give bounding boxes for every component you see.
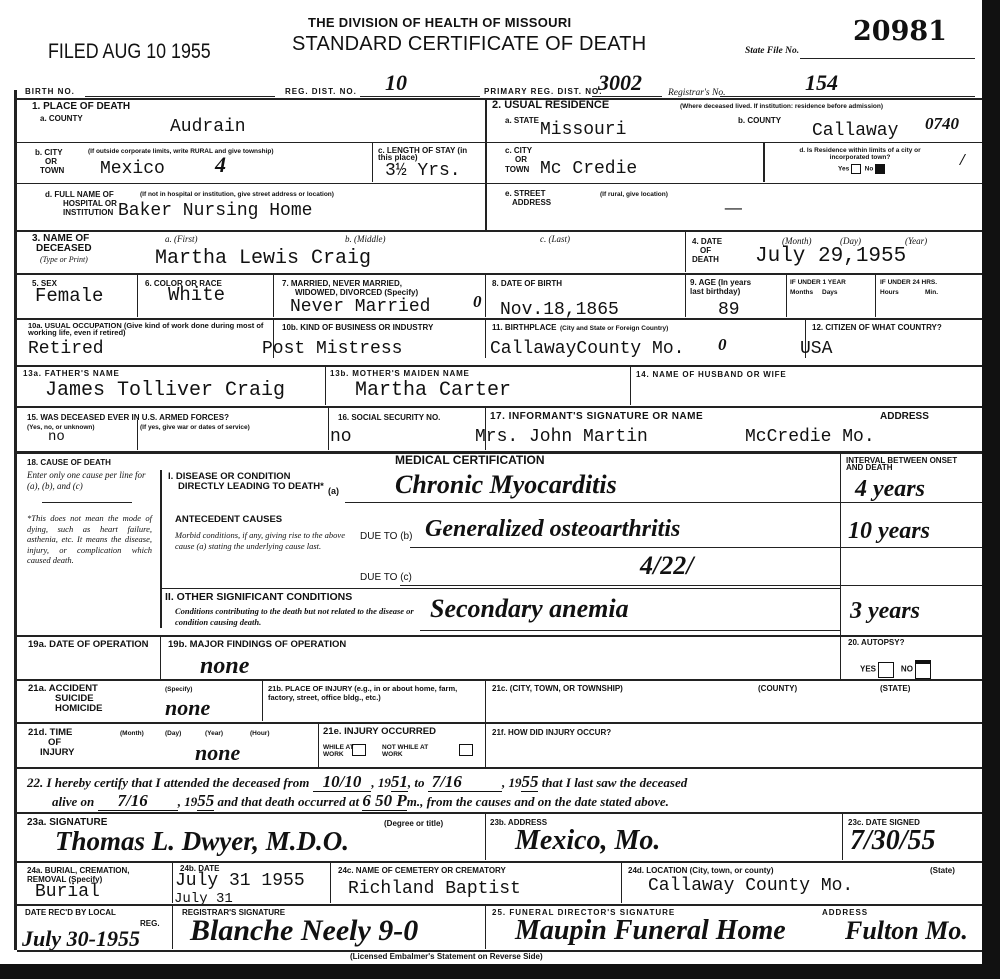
part2-note: Conditions contributing to the death but… (175, 606, 425, 627)
injury-type-homicide: HOMICIDE (55, 704, 103, 714)
business-label: 10b. KIND OF BUSINESS OR INDUSTRY (282, 323, 482, 332)
cause-b: Generalized osteoarthritis (425, 518, 680, 540)
injury-hour-label: (Hour) (250, 730, 270, 737)
year-label: (Year) (905, 236, 927, 247)
injury-day-label: (Day) (165, 730, 181, 737)
state-file-number: 20981 (853, 16, 947, 47)
reg-dist-number: 10 (385, 72, 407, 94)
operation-findings: none (200, 655, 249, 677)
occupation: Retired (28, 340, 104, 358)
burial-state-label: (State) (930, 866, 955, 875)
residence-state-label: a. STATE (505, 116, 539, 125)
scan-edge-bottom (0, 964, 1000, 979)
physician-signature: Thomas L. Dwyer, M.D.O. (55, 830, 349, 852)
not-at-work-checkbox[interactable] (459, 744, 473, 756)
residence-city-label-town: TOWN (505, 165, 529, 174)
informant-name: Mrs. John Martin (475, 428, 648, 446)
at-work-checkbox[interactable] (352, 744, 366, 756)
city-limits-question: d. Is Residence within limits of a city … (790, 147, 930, 161)
certify-statement: 22. I hereby certify that I attended the… (27, 772, 687, 792)
injury-year-label: (Year) (205, 730, 223, 737)
residence-county: Callaway (812, 122, 898, 140)
injury-location-label: 21c. (CITY, TOWN, OR TOWNSHIP) (492, 684, 623, 693)
residence-city-label-or: OR (515, 155, 527, 164)
length-of-stay-label: c. LENGTH OF STAY (in this place) (378, 147, 478, 161)
disposition-date: July 31 1955 (175, 872, 305, 890)
birth-date: Nov.18,1865 (500, 301, 619, 319)
spouse-label: 14. NAME OF HUSBAND OR WIFE (636, 371, 787, 378)
cause-note: *This does not mean the mode of dying, s… (27, 513, 152, 566)
days-label: Days (822, 289, 838, 296)
injury-time: none (195, 742, 240, 764)
burial-location: Callaway County Mo. (648, 877, 853, 895)
hospital-name: Baker Nursing Home (118, 202, 312, 220)
limits-yes-checkbox[interactable] (851, 164, 861, 174)
not-at-work-label: NOT WHILE AT WORK (382, 744, 437, 758)
injury-type-specify: (Specify) (165, 686, 192, 693)
father-label: 13a. FATHER'S NAME (23, 370, 120, 377)
limits-no-checkbox[interactable] (875, 164, 885, 174)
autopsy-options: YES NO (860, 660, 931, 679)
attended-to-date: 7/16 (428, 772, 502, 792)
injury-month-label: (Month) (120, 730, 144, 737)
other-conditions: Secondary anemia (430, 598, 629, 620)
race: White (168, 286, 225, 304)
cause-c: 4/22/ (640, 555, 693, 577)
due-to-c-label: DUE TO (c) (360, 573, 412, 583)
mother-name: Martha Carter (355, 382, 511, 400)
burial-location-label: 24d. LOCATION (City, town, or county) (628, 866, 773, 875)
last-name-label: c. (Last) (540, 234, 570, 245)
armed-forces: no (48, 428, 65, 446)
usual-residence-label: 2. USUAL RESIDENCE (492, 100, 609, 110)
age-under-year-label: IF UNDER 1 YEAR (790, 279, 855, 286)
place-of-death-label: 1. PLACE OF DEATH (32, 102, 130, 112)
name-label-type: (Type or Print) (40, 255, 88, 266)
business: Post Mistress (262, 340, 402, 358)
residence-city-label: c. CITY (505, 146, 532, 155)
death-time: 6 50 P (362, 791, 406, 811)
birth-date-label: 8. DATE OF BIRTH (492, 279, 562, 288)
registrar-number: 154 (805, 72, 838, 94)
injury-state-label: (STATE) (880, 684, 910, 693)
father-name: James Tolliver Craig (45, 382, 285, 400)
death-city: Mexico (100, 160, 165, 178)
hospital-label-institution: INSTITUTION (63, 208, 113, 217)
attended-from-date: 10/10 (313, 772, 372, 792)
autopsy-no-checkbox[interactable] (915, 660, 931, 679)
death-city-code: 4 (215, 154, 226, 176)
registrar-signature: Blanche Neely 9-0 (190, 920, 418, 942)
ssn-label: 16. SOCIAL SECURITY NO. (338, 413, 478, 422)
city-note: (If outside corporate limits, write RURA… (88, 148, 333, 155)
primary-reg-dist-label: PRIMARY REG. DIST. NO. (484, 88, 602, 95)
age: 89 (718, 301, 740, 319)
sex: Female (35, 287, 103, 305)
operation-date-label: 19a. DATE OF OPERATION (28, 640, 149, 650)
residence-city: Mc Credie (540, 160, 637, 178)
injury-occurred-label: 21e. INJURY OCCURRED (323, 727, 436, 737)
death-county: Audrain (170, 118, 246, 136)
residence-state: Missouri (540, 121, 626, 139)
date-received: July 30-1955 (22, 928, 140, 950)
deceased-name: Martha Lewis Craig (155, 250, 371, 268)
scan-edge-right (982, 0, 1000, 979)
marital-status: Never Married (290, 298, 430, 316)
cemetery-name: Richland Baptist (348, 880, 521, 898)
alive-on-label: alive on (52, 794, 94, 809)
injury-type: none (165, 697, 210, 719)
date-received-reg: REG. (140, 919, 160, 928)
marital-label: 7. MARRIED, NEVER MARRIED, (282, 279, 402, 288)
alive-on-date: 7/16 (98, 791, 178, 811)
to-year-prefix: , 19 (502, 775, 522, 790)
months-label: Months (790, 289, 813, 296)
city-label-town: TOWN (40, 166, 64, 175)
middle-name-label: b. (Middle) (345, 234, 386, 245)
citizenship: USA (800, 340, 832, 358)
residence-county-label: b. COUNTY (738, 116, 781, 125)
hospital-note: (If not in hospital or institution, give… (140, 191, 470, 198)
hospital-label-hospital: HOSPITAL OR (63, 199, 117, 208)
filed-stamp: FILED AUG 10 1955 (48, 40, 211, 64)
part2-label: II. OTHER SIGNIFICANT CONDITIONS (165, 592, 352, 602)
antecedent-label: ANTECEDENT CAUSES (175, 515, 282, 525)
street-note: (If rural, give location) (600, 191, 668, 198)
disposition-method: Burial (35, 883, 100, 901)
date-of-death: July 29,1955 (755, 248, 906, 266)
agency-name: THE DIVISION OF HEALTH OF MISSOURI (308, 15, 571, 30)
cause-a: Chronic Myocarditis (395, 474, 617, 496)
ssn: no (330, 428, 352, 446)
injury-county-label: (COUNTY) (758, 684, 797, 693)
from-year-prefix: , 19 (371, 775, 391, 790)
certify-statement-line2: alive on 7/16, 1955 and that death occur… (52, 791, 669, 811)
antecedent-note: Morbid conditions, if any, giving rise t… (175, 530, 360, 551)
date-signed: 7/30/55 (850, 830, 936, 852)
autopsy-label: 20. AUTOPSY? (848, 638, 904, 647)
cemetery-label: 24c. NAME OF CEMETERY OR CREMATORY (338, 866, 506, 875)
date-of-death-label: 4. DATE (692, 237, 722, 246)
limits-check-mark: / (960, 150, 965, 170)
armed-forces-note-b: (If yes, give war or dates of service) (140, 424, 250, 431)
certificate-title: STANDARD CERTIFICATE OF DEATH (292, 33, 646, 56)
street-label: e. STREET (505, 189, 545, 198)
registrar-no-label: Registrar's No. (668, 88, 725, 99)
interval-a: 4 years (855, 478, 925, 500)
street-label-address: ADDRESS (512, 198, 551, 207)
limits-yes-label: Yes (838, 166, 849, 173)
funeral-director-signature: Maupin Funeral Home (515, 920, 786, 942)
city-limits-options: Yes No (838, 164, 885, 174)
name-label-deceased: DECEASED (36, 244, 92, 254)
first-name-label: a. (First) (165, 234, 198, 245)
date-of-death-label-of: OF (700, 246, 711, 255)
date-of-death-label-death: DEATH (692, 255, 719, 264)
street-address: — (725, 198, 742, 218)
city-label: b. CITY (35, 148, 63, 157)
line-a-marker: (a) (328, 486, 339, 496)
to-label: , to (408, 775, 425, 790)
age-under-day-label: IF UNDER 24 HRS. (880, 279, 970, 286)
occupation-label: 10a. USUAL OCCUPATION (Give kind of work… (28, 322, 273, 336)
interval-b: 10 years (848, 520, 930, 542)
autopsy-yes-checkbox[interactable] (878, 662, 894, 678)
birthplace: CallawayCounty Mo. (490, 340, 684, 358)
usual-residence-note: (Where deceased lived. If institution: r… (680, 103, 980, 110)
injury-place-label: 21b. PLACE OF INJURY (e.g., in or about … (268, 684, 483, 702)
length-of-stay: 3½ Yrs. (385, 162, 461, 180)
certify-text-4: m., from the causes and on the date stat… (407, 794, 669, 809)
how-injury-label: 21f. HOW DID INJURY OCCUR? (492, 728, 611, 737)
hours-label: Hours (880, 289, 899, 296)
primary-reg-dist-number: 3002 (598, 72, 642, 94)
certify-text-1: 22. I hereby certify that I attended the… (27, 775, 309, 790)
state-file-label: State File No. (745, 46, 799, 57)
citizenship-label: 12. CITIZEN OF WHAT COUNTRY? (812, 323, 972, 332)
attended-from-year: 51 (391, 772, 408, 792)
informant-address-label: ADDRESS (880, 412, 929, 422)
birth-no-label: BIRTH NO. (25, 88, 75, 95)
part1-label-b: DIRECTLY LEADING TO DEATH* (178, 482, 324, 492)
certify-text-3: and that death occurred at (217, 794, 359, 809)
cause-instructions: Enter only one cause per line for (a), (… (27, 470, 152, 491)
cause-of-death-label: 18. CAUSE OF DEATH (27, 458, 111, 467)
operation-findings-label: 19b. MAJOR FINDINGS OF OPERATION (168, 640, 346, 650)
attended-to-year: 55 (521, 772, 538, 792)
hospital-label: d. FULL NAME OF (45, 190, 114, 199)
due-to-b-label: DUE TO (b) (360, 532, 412, 542)
birthplace-code: 0 (718, 335, 727, 355)
footer-note: (Licensed Embalmer's Statement on Revers… (350, 953, 543, 960)
marital-code: 0 (473, 292, 482, 312)
informant-address: McCredie Mo. (745, 428, 875, 446)
limits-no-label: No (865, 166, 874, 173)
informant-label: 17. INFORMANT'S SIGNATURE OR NAME (490, 412, 703, 422)
marital-label-b: WIDOWED, DIVORCED (Specify) (295, 288, 418, 297)
injury-time-injury: INJURY (40, 748, 75, 758)
birthplace-label: 11. BIRTHPLACE (492, 323, 556, 332)
mother-label: 13b. MOTHER'S MAIDEN NAME (330, 370, 470, 377)
physician-address: Mexico, Mo. (515, 830, 660, 852)
funeral-director-address: Fulton Mo. (845, 920, 968, 942)
alive-year-prefix: , 19 (178, 794, 198, 809)
medical-certification-heading: MEDICAL CERTIFICATION (395, 455, 545, 465)
autopsy-no-label: NO (901, 665, 913, 674)
funeral-address-label: ADDRESS (822, 909, 868, 916)
autopsy-yes-label: YES (860, 665, 876, 674)
interval-other: 3 years (850, 600, 920, 622)
age-label: 9. AGE (In years last birthday) (690, 278, 760, 296)
reg-dist-label: REG. DIST. NO. (285, 88, 357, 95)
degree-label: (Degree or title) (384, 820, 443, 827)
date-received-label: DATE REC'D BY LOCAL (25, 908, 116, 917)
county-label: a. COUNTY (40, 114, 83, 123)
city-label-or: OR (45, 157, 57, 166)
document-border-left (14, 90, 17, 950)
armed-forces-label: 15. WAS DECEASED EVER IN U.S. ARMED FORC… (27, 413, 229, 422)
residence-county-code: 0740 (925, 114, 959, 134)
alive-on-year: 55 (197, 791, 214, 811)
birthplace-note: (City and State or Foreign Country) (560, 325, 668, 332)
certify-text-2: that I last saw the deceased (542, 775, 688, 790)
min-label: Min. (925, 289, 938, 296)
interval-header: INTERVAL BETWEEN ONSET AND DEATH (846, 457, 966, 471)
